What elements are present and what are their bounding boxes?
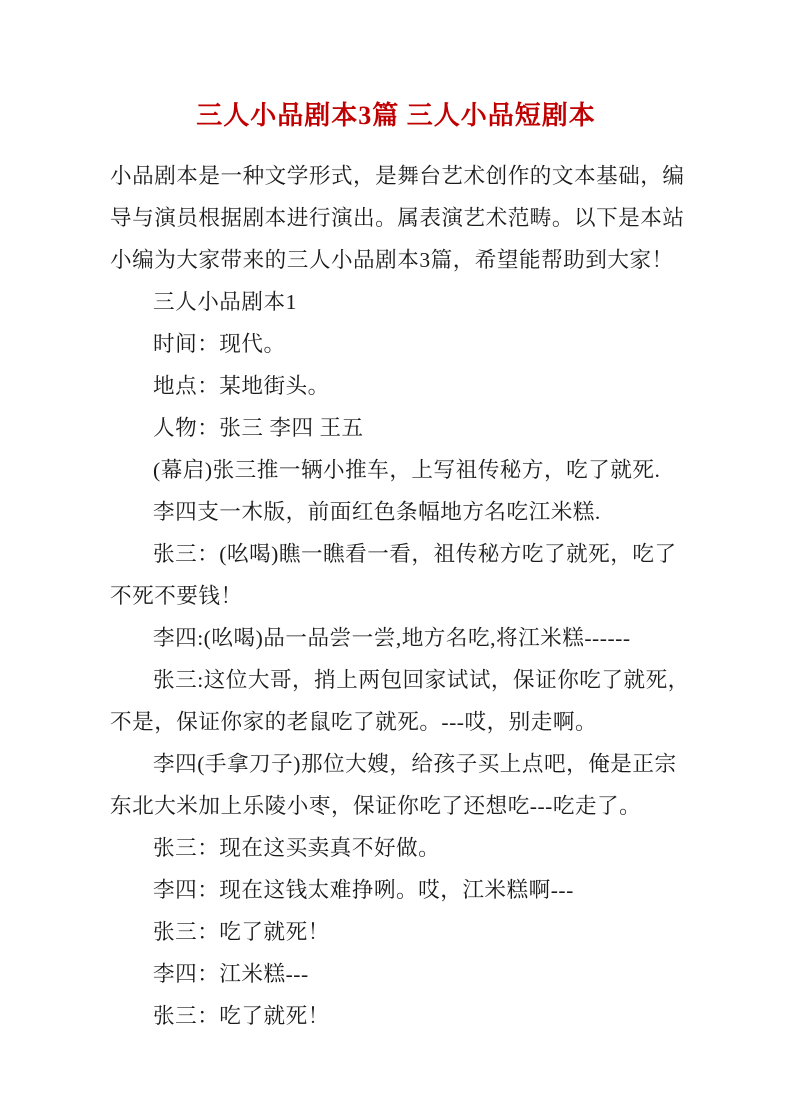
document-body: 小品剧本是一种文学形式，是舞台艺术创作的文本基础，编导与演员根据剧本进行演出。属…	[110, 155, 682, 1037]
text-line: 李四：现在这钱太难挣咧。哎，江米糕啊---	[110, 869, 682, 911]
text-line: (幕启)张三推一辆小推车，上写祖传秘方，吃了就死.	[110, 449, 682, 491]
document-page: 三人小品剧本3篇 三人小品短剧本 小品剧本是一种文学形式，是舞台艺术创作的文本基…	[0, 0, 792, 1120]
text-line: 导与演员根据剧本进行演出。属表演艺术范畴。以下是本站	[110, 197, 682, 239]
text-line: 小编为大家带来的三人小品剧本3篇，希望能帮助到大家！	[110, 239, 682, 281]
text-line: 三人小品剧本1	[110, 281, 682, 323]
text-line: 张三：吃了就死！	[110, 911, 682, 953]
text-line: 李四支一木版，前面红色条幅地方名吃江米糕.	[110, 491, 682, 533]
text-line: 不是，保证你家的老鼠吃了就死。---哎，别走啊。	[110, 701, 682, 743]
text-line: 时间：现代。	[110, 323, 682, 365]
text-line: 小品剧本是一种文学形式，是舞台艺术创作的文本基础，编	[110, 155, 682, 197]
text-line: 李四(手拿刀子)那位大嫂，给孩子买上点吧，俺是正宗	[110, 743, 682, 785]
text-line: 张三：现在这买卖真不好做。	[110, 827, 682, 869]
text-line: 地点：某地街头。	[110, 365, 682, 407]
text-line: 东北大米加上乐陵小枣，保证你吃了还想吃---吃走了。	[110, 785, 682, 827]
text-line: 李四:(吆喝)品一品尝一尝,地方名吃,将江米糕------	[110, 617, 682, 659]
text-line: 李四：江米糕---	[110, 953, 682, 995]
text-line: 人物：张三 李四 王五	[110, 407, 682, 449]
text-line: 张三：吃了就死！	[110, 995, 682, 1037]
document-title: 三人小品剧本3篇 三人小品短剧本	[110, 99, 682, 133]
text-line: 张三：(吆喝)瞧一瞧看一看，祖传秘方吃了就死，吃了	[110, 533, 682, 575]
text-line: 张三:这位大哥，捎上两包回家试试，保证你吃了就死，	[110, 659, 682, 701]
text-line: 不死不要钱！	[110, 575, 682, 617]
